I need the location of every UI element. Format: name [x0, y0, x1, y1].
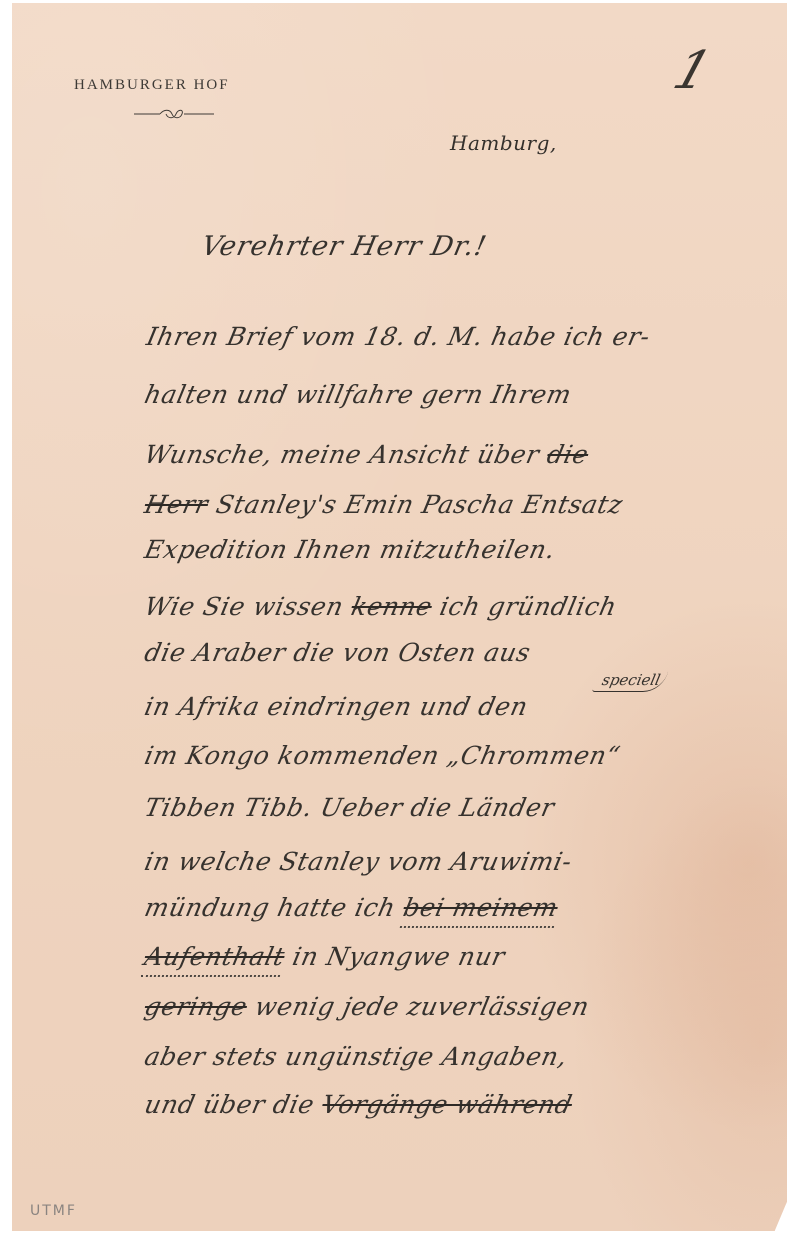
struck-text: Vorgänge während — [320, 1090, 576, 1119]
line-text: mündung hatte ich — [142, 893, 407, 922]
line-text: Ihren Brief vom 18. d. M. habe ich er- — [144, 322, 653, 351]
line-text: Stanley's Emin Pascha Entsatz — [205, 490, 626, 519]
letter-line: Herr Stanley's Emin Pascha Entsatz — [142, 490, 626, 519]
flourish-divider-icon — [134, 109, 214, 119]
archive-pencil-mark: UTMF — [30, 1203, 77, 1219]
line-text: aber stets ungünstige Angaben, — [142, 1042, 570, 1071]
line-text: wenig jede zuverlässigen — [244, 992, 592, 1021]
struck-text: Herr — [142, 490, 211, 519]
letter-line: Aufenthalt in Nyangwe nur — [142, 942, 508, 971]
letter-page: HAMBURGER HOF 1 Hamburg, Verehrter Herr … — [12, 3, 787, 1231]
struck-text: geringe — [142, 992, 250, 1021]
letter-line: Wunsche, meine Ansicht über die — [142, 440, 591, 469]
letter-line: aber stets ungünstige Angaben, — [142, 1042, 570, 1071]
letterhead-hotel-name: HAMBURGER HOF — [74, 77, 230, 94]
line-text: im Kongo kommenden „Chrommen“ — [142, 741, 623, 770]
line-text: und über die — [142, 1090, 326, 1119]
letter-line: und über die Vorgänge während — [142, 1090, 575, 1119]
letter-line: Tibben Tibb. Ueber die Länder — [142, 793, 557, 822]
interlinear-insertion: speciell — [592, 671, 668, 692]
letter-line: Expedition Ihnen mitzutheilen. — [142, 535, 558, 564]
letter-line: die Araber die von Osten aus — [142, 638, 533, 667]
struck-text: die — [545, 440, 592, 469]
line-text: Wie Sie wissen — [142, 592, 355, 621]
salutation: Verehrter Herr Dr.! — [199, 231, 490, 262]
struck-text: Aufenthalt — [141, 942, 288, 977]
letter-line: Wie Sie wissen kenne ich gründlich — [142, 592, 620, 621]
struck-text: kenne — [349, 592, 435, 621]
letter-line: Ihren Brief vom 18. d. M. habe ich er- — [144, 322, 653, 351]
letter-line: geringe wenig jede zuverlässigen — [142, 992, 592, 1021]
letter-line: halten und willfahre gern Ihrem — [142, 380, 574, 409]
line-text: ich gründlich — [429, 592, 620, 621]
line-text: in Nyangwe nur — [281, 942, 507, 971]
line-text: Expedition Ihnen mitzutheilen. — [142, 535, 558, 564]
letter-line: mündung hatte ich bei meinem — [142, 893, 561, 922]
letterhead-place: Hamburg, — [450, 131, 557, 155]
line-text: in Afrika eindringen und den — [142, 692, 531, 721]
letter-line: in welche Stanley vom Aruwimi- — [142, 847, 575, 876]
line-text: Wunsche, meine Ansicht über — [142, 440, 551, 469]
struck-text: bei meinem — [399, 893, 560, 928]
line-text: in welche Stanley vom Aruwimi- — [142, 847, 575, 876]
line-text: Tibben Tibb. Ueber die Länder — [142, 793, 557, 822]
letter-line: im Kongo kommenden „Chrommen“ — [142, 741, 623, 770]
line-text: halten und willfahre gern Ihrem — [142, 380, 574, 409]
line-text: die Araber die von Osten aus — [142, 638, 533, 667]
letter-line: in Afrika eindringen und den — [142, 692, 531, 721]
page-number: 1 — [666, 41, 719, 101]
